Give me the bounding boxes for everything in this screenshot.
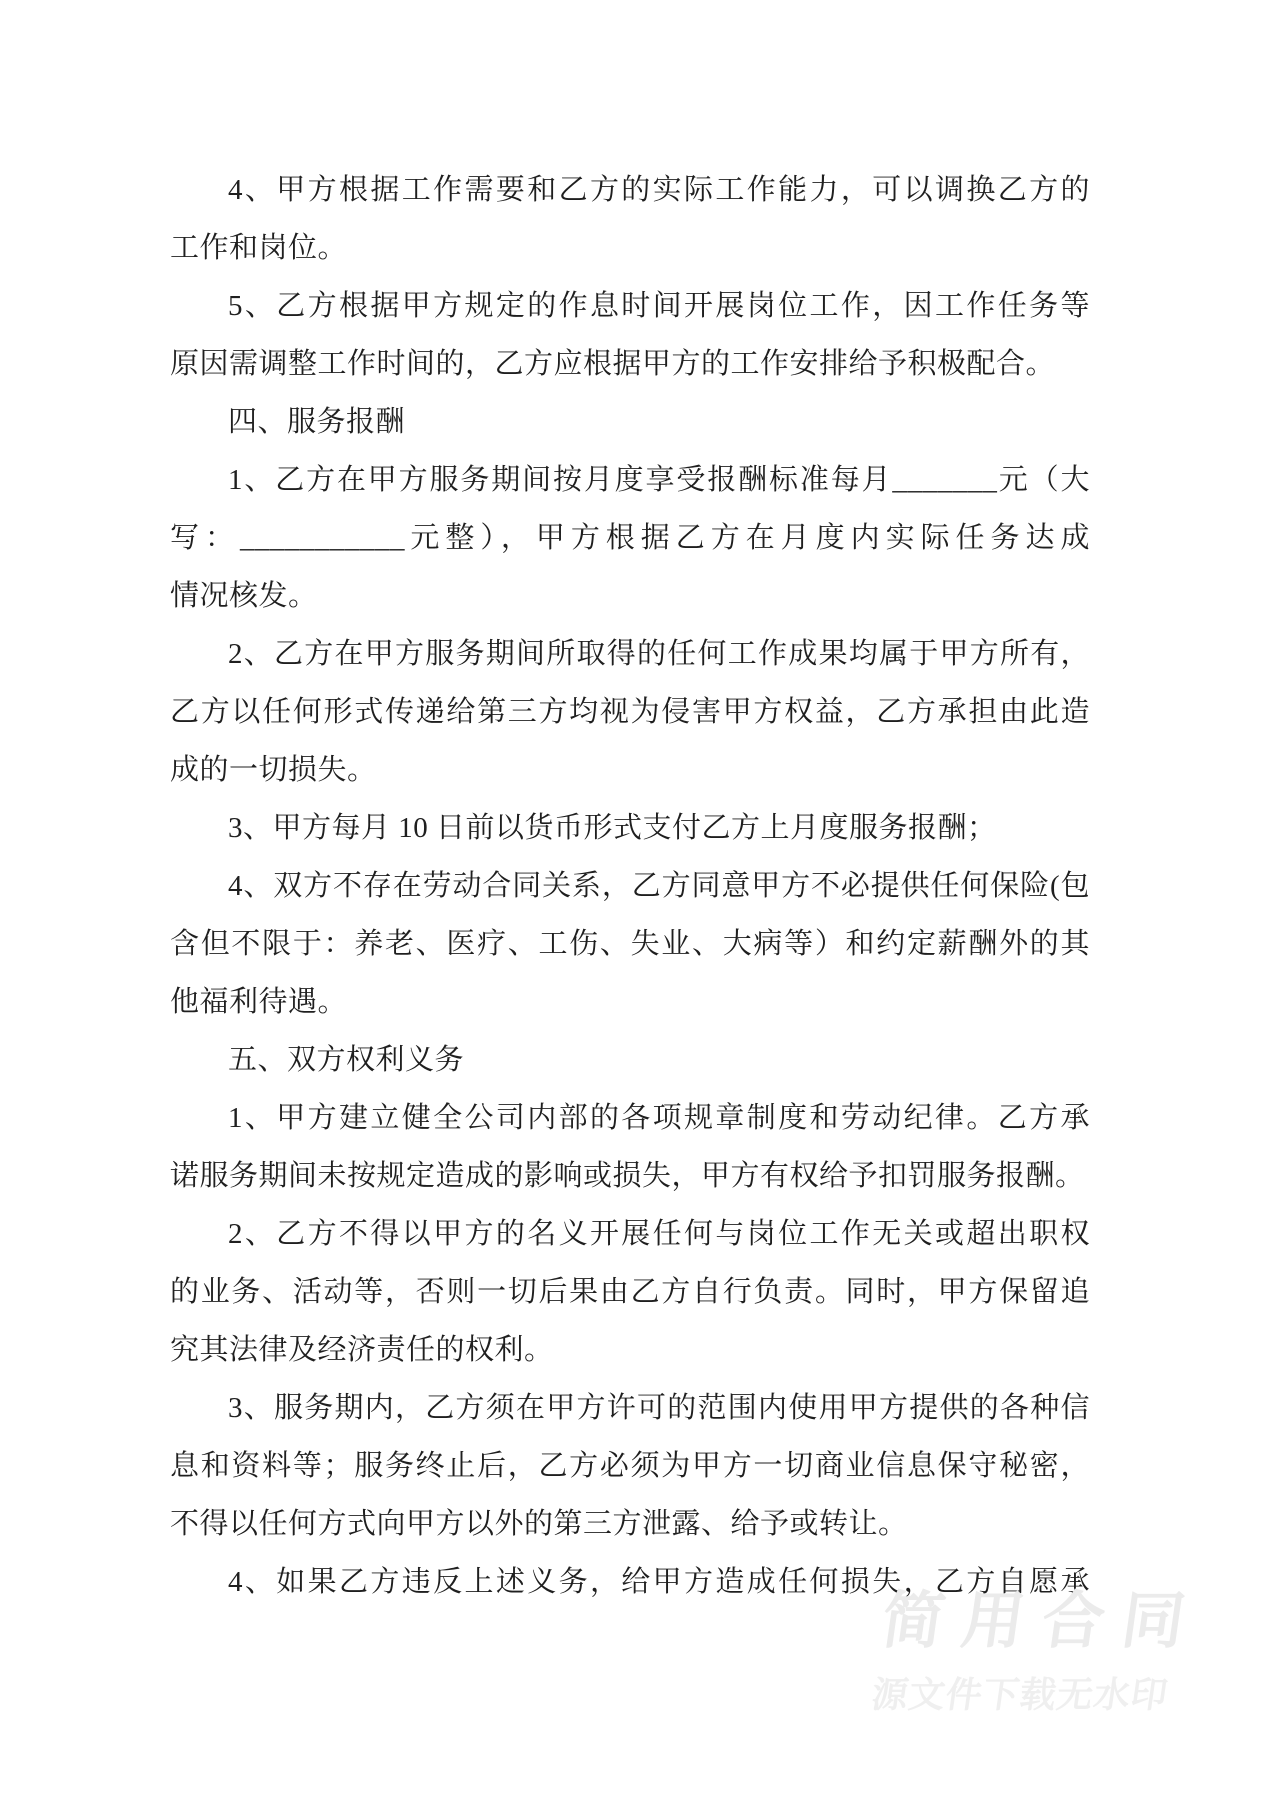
contract-body: 4、甲方根据工作需要和乙方的实际工作能力，可以调换乙方的 工作和岗位。 5、乙方…	[170, 161, 1090, 1611]
contract-line: 诺服务期间未按规定造成的影响或损失，甲方有权给予扣罚服务报酬。	[170, 1147, 1090, 1205]
contract-line: 写：___________元整），甲方根据乙方在月度内实际任务达成	[170, 509, 1090, 567]
contract-line: 3、甲方每月 10 日前以货币形式支付乙方上月度服务报酬；	[170, 799, 1090, 857]
contract-line: 他福利待遇。	[170, 973, 1090, 1031]
contract-line: 成的一切损失。	[170, 741, 1090, 799]
contract-line: 情况核发。	[170, 567, 1090, 625]
contract-line: 不得以任何方式向甲方以外的第三方泄露、给予或转让。	[170, 1495, 1090, 1553]
watermark-tagline-text: 源文件下载无水印	[869, 1676, 1194, 1714]
contract-document-page: 4、甲方根据工作需要和乙方的实际工作能力，可以调换乙方的 工作和岗位。 5、乙方…	[0, 0, 1280, 1810]
watermark: 简用合同 源文件下载无水印	[869, 1590, 1206, 1714]
contract-line: 息和资料等；服务终止后，乙方必须为甲方一切商业信息保守秘密，	[170, 1437, 1090, 1495]
contract-line: 2、乙方在甲方服务期间所取得的任何工作成果均属于甲方所有，	[170, 625, 1090, 683]
watermark-brand-text: 简用合同	[878, 1590, 1207, 1654]
contract-line: 3、服务期内，乙方须在甲方许可的范围内使用甲方提供的各种信	[170, 1379, 1090, 1437]
contract-line: 乙方以任何形式传递给第三方均视为侵害甲方权益，乙方承担由此造	[170, 683, 1090, 741]
contract-line: 5、乙方根据甲方规定的作息时间开展岗位工作，因工作任务等	[170, 277, 1090, 335]
contract-line: 4、甲方根据工作需要和乙方的实际工作能力，可以调换乙方的	[170, 161, 1090, 219]
contract-line: 2、乙方不得以甲方的名义开展任何与岗位工作无关或超出职权	[170, 1205, 1090, 1263]
contract-line: 含但不限于：养老、医疗、工伤、失业、大病等）和约定薪酬外的其	[170, 915, 1090, 973]
section-heading: 五、双方权利义务	[170, 1031, 1090, 1089]
contract-line: 4、双方不存在劳动合同关系，乙方同意甲方不必提供任何保险(包	[170, 857, 1090, 915]
section-heading: 四、服务报酬	[170, 393, 1090, 451]
contract-line: 究其法律及经济责任的权利。	[170, 1321, 1090, 1379]
contract-line: 1、甲方建立健全公司内部的各项规章制度和劳动纪律。乙方承	[170, 1089, 1090, 1147]
contract-line: 1、乙方在甲方服务期间按月度享受报酬标准每月_______元（大	[170, 451, 1090, 509]
contract-line: 工作和岗位。	[170, 219, 1090, 277]
contract-line: 的业务、活动等，否则一切后果由乙方自行负责。同时，甲方保留追	[170, 1263, 1090, 1321]
contract-line: 原因需调整工作时间的，乙方应根据甲方的工作安排给予积极配合。	[170, 335, 1090, 393]
